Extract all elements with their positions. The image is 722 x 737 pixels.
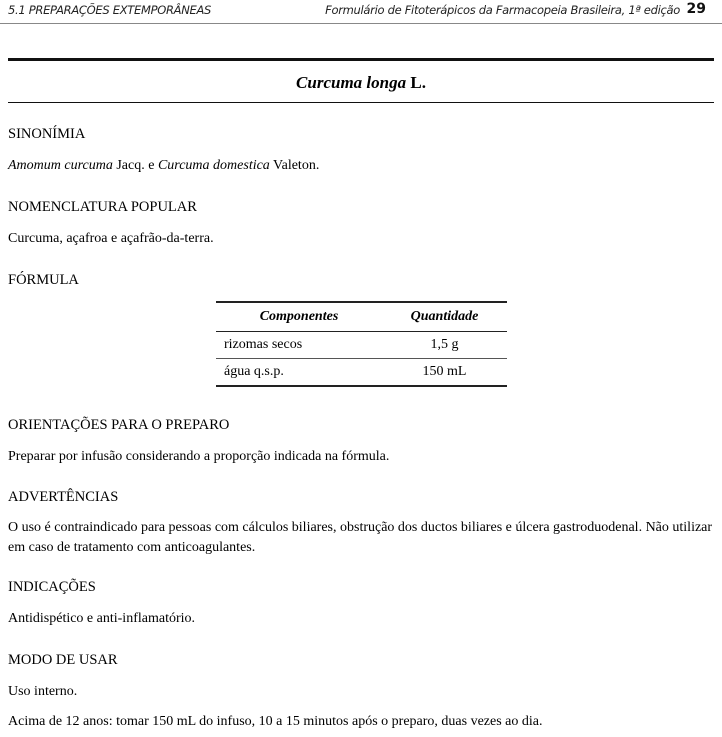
indicacoes-text: Antidispético e anti-inflamatório. xyxy=(8,609,716,629)
modo-de-usar-text-1: Uso interno. xyxy=(8,682,716,702)
title-rule-bottom xyxy=(8,102,714,103)
synonym-2-name: Curcuma domestica xyxy=(158,158,270,173)
table-row: rizomas secos 1,5 g xyxy=(216,332,507,359)
publication-title: Formulário de Fitoterápicos da Farmacope… xyxy=(325,3,680,17)
heading-formula: FÓRMULA xyxy=(8,272,79,289)
synonym-2-author: Valeton. xyxy=(270,158,320,173)
modo-de-usar-text-2: Acima de 12 anos: tomar 150 mL do infuso… xyxy=(8,712,716,732)
title-rule-top xyxy=(8,58,714,61)
heading-advertencias: ADVERTÊNCIAS xyxy=(8,489,118,506)
column-header-componentes: Componentes xyxy=(216,302,382,332)
table-header-row: Componentes Quantidade xyxy=(216,302,507,332)
heading-sinonimia: SINONÍMIA xyxy=(8,126,85,143)
page-number: 29 xyxy=(687,1,706,17)
advertencias-text: O uso é contraindicado para pessoas com … xyxy=(8,518,716,558)
sinonimia-text: Amomum curcuma Jacq. e Curcuma domestica… xyxy=(8,156,716,176)
heading-nomenclatura: NOMENCLATURA POPULAR xyxy=(8,199,197,216)
quantity-cell: 1,5 g xyxy=(382,332,507,359)
synonym-1-author: Jacq. e xyxy=(113,158,158,173)
species-author: L. xyxy=(410,73,426,92)
header-divider xyxy=(0,23,722,24)
page-header: 5.1 PREPARAÇÕES EXTEMPORÂNEAS Formulário… xyxy=(0,0,722,24)
component-cell: água q.s.p. xyxy=(216,359,382,387)
running-section-title: 5.1 PREPARAÇÕES EXTEMPORÂNEAS xyxy=(8,3,211,17)
heading-indicacoes: INDICAÇÕES xyxy=(8,579,96,596)
table-row: água q.s.p. 150 mL xyxy=(216,359,507,387)
monograph-title: Curcuma longa L. xyxy=(8,73,714,93)
column-header-quantidade: Quantidade xyxy=(382,302,507,332)
synonym-1-name: Amomum curcuma xyxy=(8,158,113,173)
nomenclatura-text: Curcuma, açafroa e açafrão-da-terra. xyxy=(8,229,716,249)
heading-orientacoes: ORIENTAÇÕES PARA O PREPARO xyxy=(8,417,229,434)
orientacoes-text: Preparar por infusão considerando a prop… xyxy=(8,447,716,467)
quantity-cell: 150 mL xyxy=(382,359,507,387)
species-name: Curcuma longa xyxy=(296,73,406,92)
component-cell: rizomas secos xyxy=(216,332,382,359)
formula-table: Componentes Quantidade rizomas secos 1,5… xyxy=(216,301,507,387)
heading-modo-de-usar: MODO DE USAR xyxy=(8,652,118,669)
